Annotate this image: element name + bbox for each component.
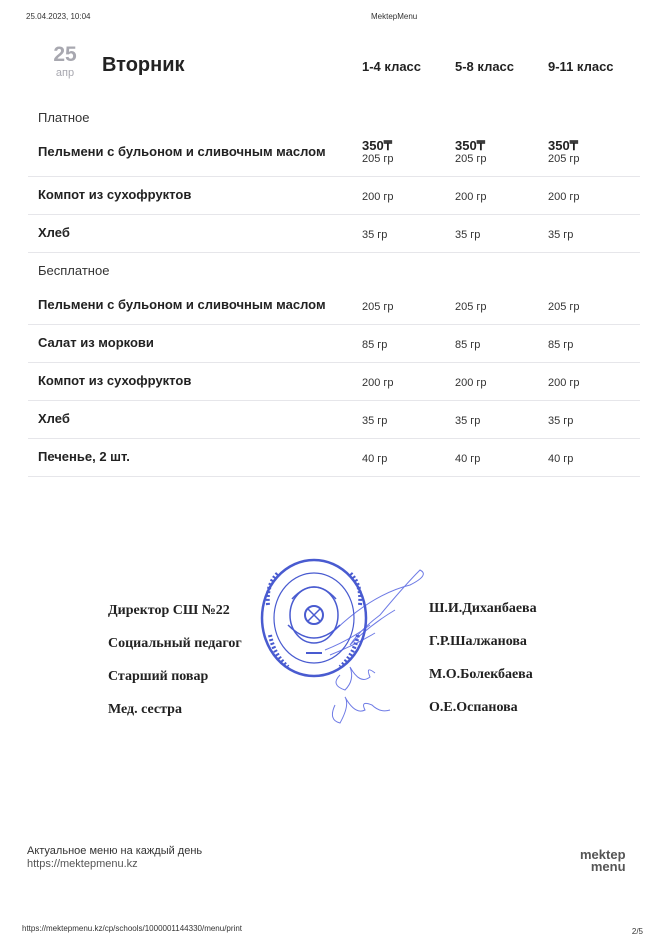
signature-role: Старший повар	[108, 669, 208, 685]
footer-promo: Актуальное меню на каждый день https://m…	[27, 845, 202, 870]
menu-row: Салат из моркови 85 гр 85 гр 85 гр	[28, 325, 640, 363]
column-header-5-8: 5-8 класс	[455, 59, 514, 74]
signature-role: Мед. сестра	[108, 702, 182, 718]
day-month: апр	[50, 67, 80, 79]
dish-weight: 205 гр	[362, 301, 394, 313]
handwritten-signatures	[300, 555, 460, 730]
dish-cell: 350₸ 205 гр	[455, 139, 487, 166]
dish-weight: 40 гр	[362, 453, 387, 465]
dish-weight: 200 гр	[362, 191, 394, 203]
dish-cell: 350₸ 205 гр	[362, 139, 394, 166]
dish-weight: 200 гр	[548, 377, 580, 389]
signature-role: Социальный педагог	[108, 636, 242, 652]
print-url: https://mektepmenu.kz/cp/schools/1000001…	[22, 924, 242, 933]
day-header: 25 апр Вторник 1-4 класс 5-8 класс 9-11 …	[50, 45, 640, 89]
dish-weight: 85 гр	[548, 339, 573, 351]
dish-weight: 205 гр	[362, 153, 394, 166]
dish-weight: 205 гр	[455, 153, 487, 166]
print-site-title: MektepMenu	[371, 12, 417, 21]
dish-weight: 35 гр	[362, 415, 387, 427]
dish-weight: 200 гр	[455, 191, 487, 203]
dish-cell: 350₸ 205 гр	[548, 139, 580, 166]
dish-price: 350₸	[362, 139, 394, 153]
dish-weight: 200 гр	[362, 377, 394, 389]
promo-url-link[interactable]: https://mektepmenu.kz	[27, 858, 202, 870]
dish-weight: 200 гр	[455, 377, 487, 389]
menu-row: Пельмени с бульоном и сливочным маслом 3…	[28, 134, 640, 177]
page-number: 2/5	[632, 927, 643, 936]
dish-weight: 35 гр	[548, 415, 573, 427]
section-title-paid: Платное	[28, 100, 640, 134]
menu-row: Компот из сухофруктов 200 гр 200 гр 200 …	[28, 363, 640, 401]
dish-name: Компот из сухофруктов	[38, 373, 191, 388]
dish-weight: 205 гр	[548, 301, 580, 313]
dish-name: Пельмени с бульоном и сливочным маслом	[38, 144, 326, 159]
logo-line-2: menu	[580, 861, 626, 873]
dish-weight: 35 гр	[455, 415, 480, 427]
dish-weight: 35 гр	[362, 229, 387, 241]
menu-row: Пельмени с бульоном и сливочным маслом 2…	[28, 287, 640, 325]
dish-weight: 205 гр	[548, 153, 580, 166]
dish-weight: 200 гр	[548, 191, 580, 203]
menu-row: Хлеб 35 гр 35 гр 35 гр	[28, 215, 640, 253]
print-datetime: 25.04.2023, 10:04	[26, 12, 91, 21]
dish-price: 350₸	[548, 139, 580, 153]
dish-name: Хлеб	[38, 411, 70, 426]
promo-text: Актуальное меню на каждый день	[27, 845, 202, 857]
signature-role: Директор СШ №22	[108, 603, 230, 619]
dish-weight: 85 гр	[362, 339, 387, 351]
dish-weight: 35 гр	[455, 229, 480, 241]
dish-weight: 85 гр	[455, 339, 480, 351]
dish-name: Салат из моркови	[38, 335, 154, 350]
menu-row: Хлеб 35 гр 35 гр 35 гр	[28, 401, 640, 439]
dish-name: Пельмени с бульоном и сливочным маслом	[38, 297, 326, 312]
day-number: 25	[50, 43, 80, 67]
menu-table: Платное Пельмени с бульоном и сливочным …	[28, 100, 640, 477]
menu-row: Компот из сухофруктов 200 гр 200 гр 200 …	[28, 177, 640, 215]
column-header-9-11: 9-11 класс	[548, 59, 614, 74]
dish-weight: 40 гр	[455, 453, 480, 465]
dish-weight: 35 гр	[548, 229, 573, 241]
column-header-1-4: 1-4 класс	[362, 59, 421, 74]
menu-row: Печенье, 2 шт. 40 гр 40 гр 40 гр	[28, 439, 640, 477]
dish-name: Хлеб	[38, 225, 70, 240]
dish-price: 350₸	[455, 139, 487, 153]
dish-name: Печенье, 2 шт.	[38, 449, 130, 464]
weekday-title: Вторник	[102, 54, 185, 77]
section-title-free: Бесплатное	[28, 253, 640, 287]
dish-name: Компот из сухофруктов	[38, 187, 191, 202]
mektepmenu-logo: mektep menu	[580, 849, 626, 873]
dish-weight: 40 гр	[548, 453, 573, 465]
print-footer: https://mektepmenu.kz/cp/schools/1000001…	[22, 924, 643, 933]
dish-weight: 205 гр	[455, 301, 487, 313]
